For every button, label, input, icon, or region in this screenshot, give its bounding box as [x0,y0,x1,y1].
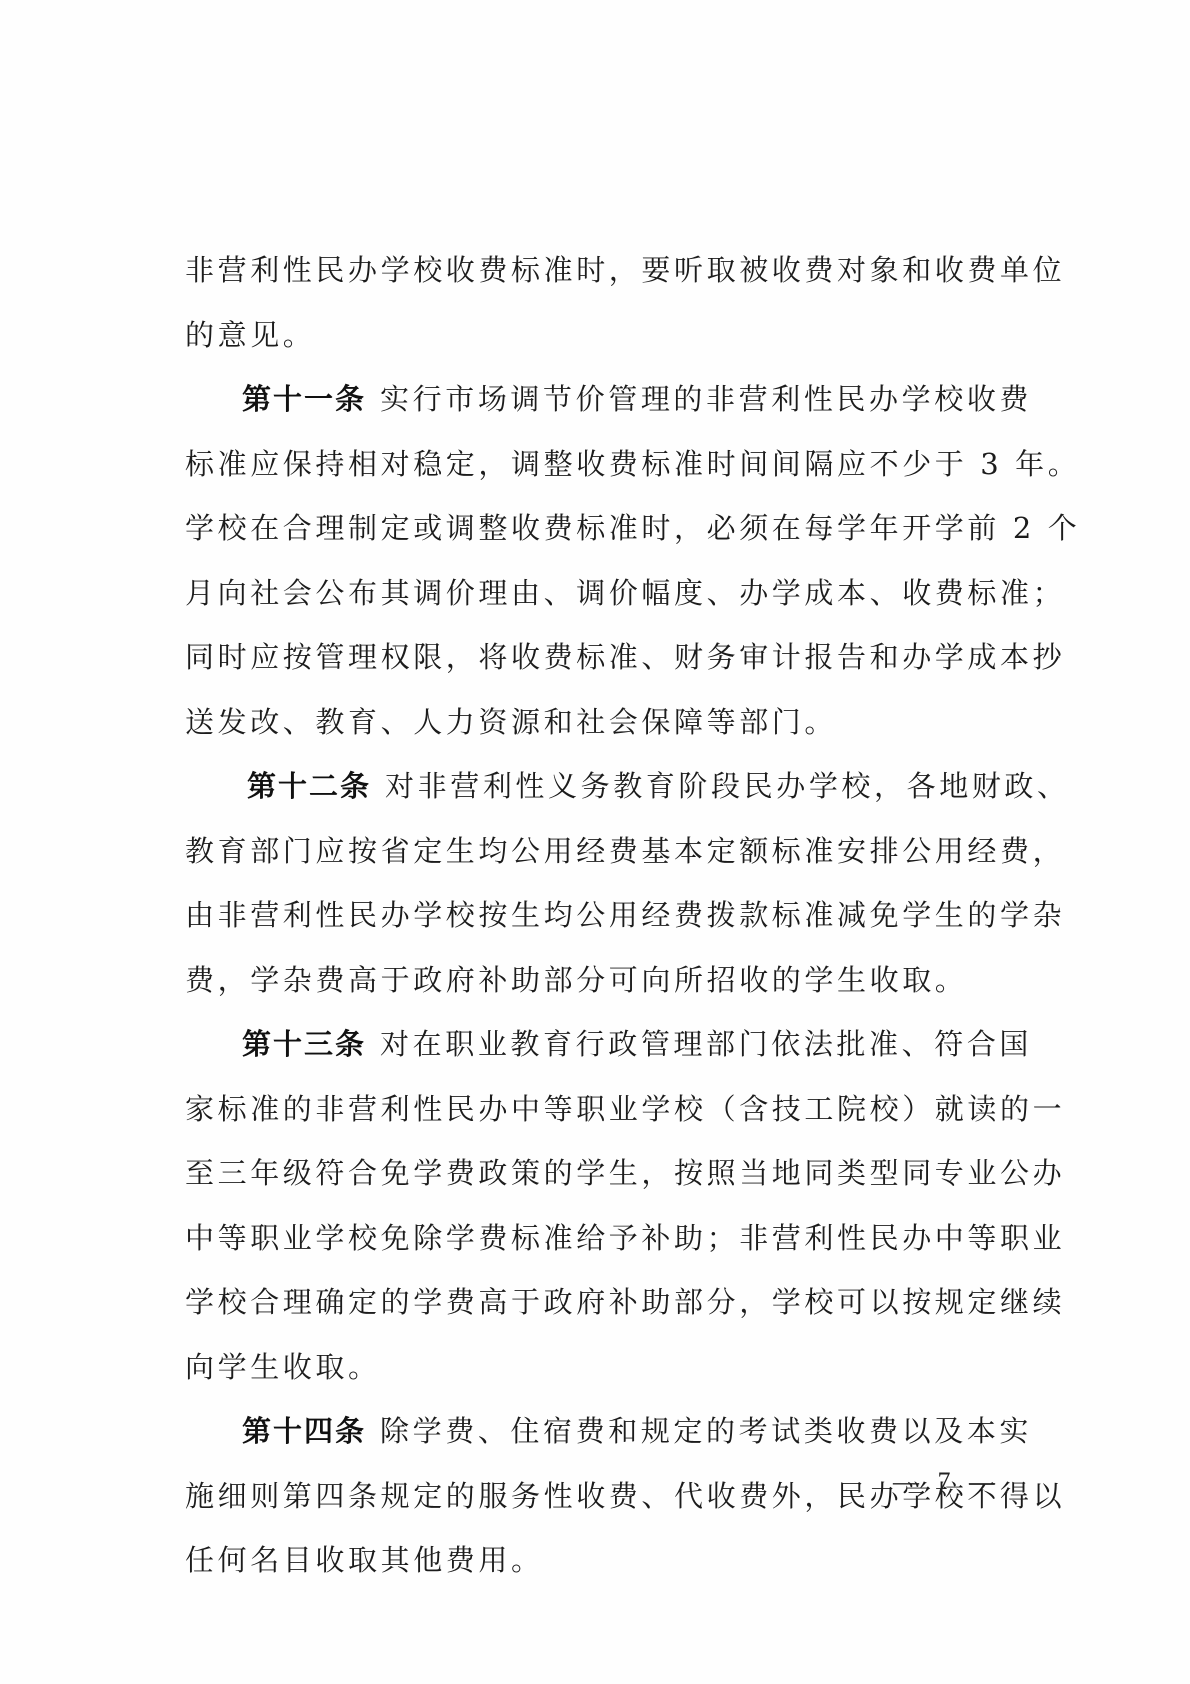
article-14-first-line: 第十四条除学费、住宿费和规定的考试类收费以及本实 [185,1399,945,1464]
text-line: 的意见。 [185,303,945,368]
article-heading: 第十一条 [242,382,366,416]
text-line: 由非营利性民办学校按生均公用经费拨款标准减免学生的学杂 [185,883,945,948]
article-13-first-line: 第十三条对在职业教育行政管理部门依法批准、符合国 [185,1012,945,1077]
text-line: 中等职业学校免除学费标准给予补助；非营利性民办中等职业 [185,1206,945,1271]
text-line: 月向社会公布其调价理由、调价幅度、办学成本、收费标准； [185,561,945,626]
text-line: 除学费、住宿费和规定的考试类收费以及本实 [380,1414,1032,1448]
article-11-first-line: 第十一条实行市场调节价管理的非营利性民办学校收费 [185,367,945,432]
text-line: 非营利性民办学校收费标准时，要听取被收费对象和收费单位 [185,238,945,303]
article-heading: 第十四条 [242,1414,366,1448]
text-line: 对在职业教育行政管理部门依法批准、符合国 [380,1027,1032,1061]
page-number: — 7 — [893,1467,1001,1497]
text-line: 对非营利性义务教育阶段民办学校，各地财政、 [385,769,1070,803]
text-line: 家标准的非营利性民办中等职业学校（含技工院校）就读的一 [185,1077,945,1142]
text-line: 实行市场调节价管理的非营利性民办学校收费 [380,382,1032,416]
text-line: 费，学杂费高于政府补助部分可向所招收的学生收取。 [185,948,945,1013]
text-line: 学校在合理制定或调整收费标准时，必须在每学年开学前 2 个 [185,496,945,561]
text-line: 向学生收取。 [185,1335,945,1400]
text-line: 送发改、教育、人力资源和社会保障等部门。 [185,690,945,755]
article-heading: 第十二条 [247,769,371,803]
text-line: 教育部门应按省定生均公用经费基本定额标准安排公用经费， [185,819,945,884]
article-heading: 第十三条 [242,1027,366,1061]
text-line: 任何名目收取其他费用。 [185,1528,945,1593]
text-line: 学校合理确定的学费高于政府补助部分，学校可以按规定继续 [185,1270,945,1335]
document-body: 非营利性民办学校收费标准时，要听取被收费对象和收费单位 的意见。 第十一条实行市… [185,238,945,1593]
article-12-first-line: 第十二条对非营利性义务教育阶段民办学校，各地财政、 [185,754,945,819]
text-line: 标准应保持相对稳定，调整收费标准时间间隔应不少于 3 年。 [185,432,945,497]
document-page: 非营利性民办学校收费标准时，要听取被收费对象和收费单位 的意见。 第十一条实行市… [0,0,1190,1684]
text-line: 施细则第四条规定的服务性收费、代收费外，民办学校不得以 [185,1464,945,1529]
text-line: 至三年级符合免学费政策的学生，按照当地同类型同专业公办 [185,1141,945,1206]
text-line: 同时应按管理权限，将收费标准、财务审计报告和办学成本抄 [185,625,945,690]
